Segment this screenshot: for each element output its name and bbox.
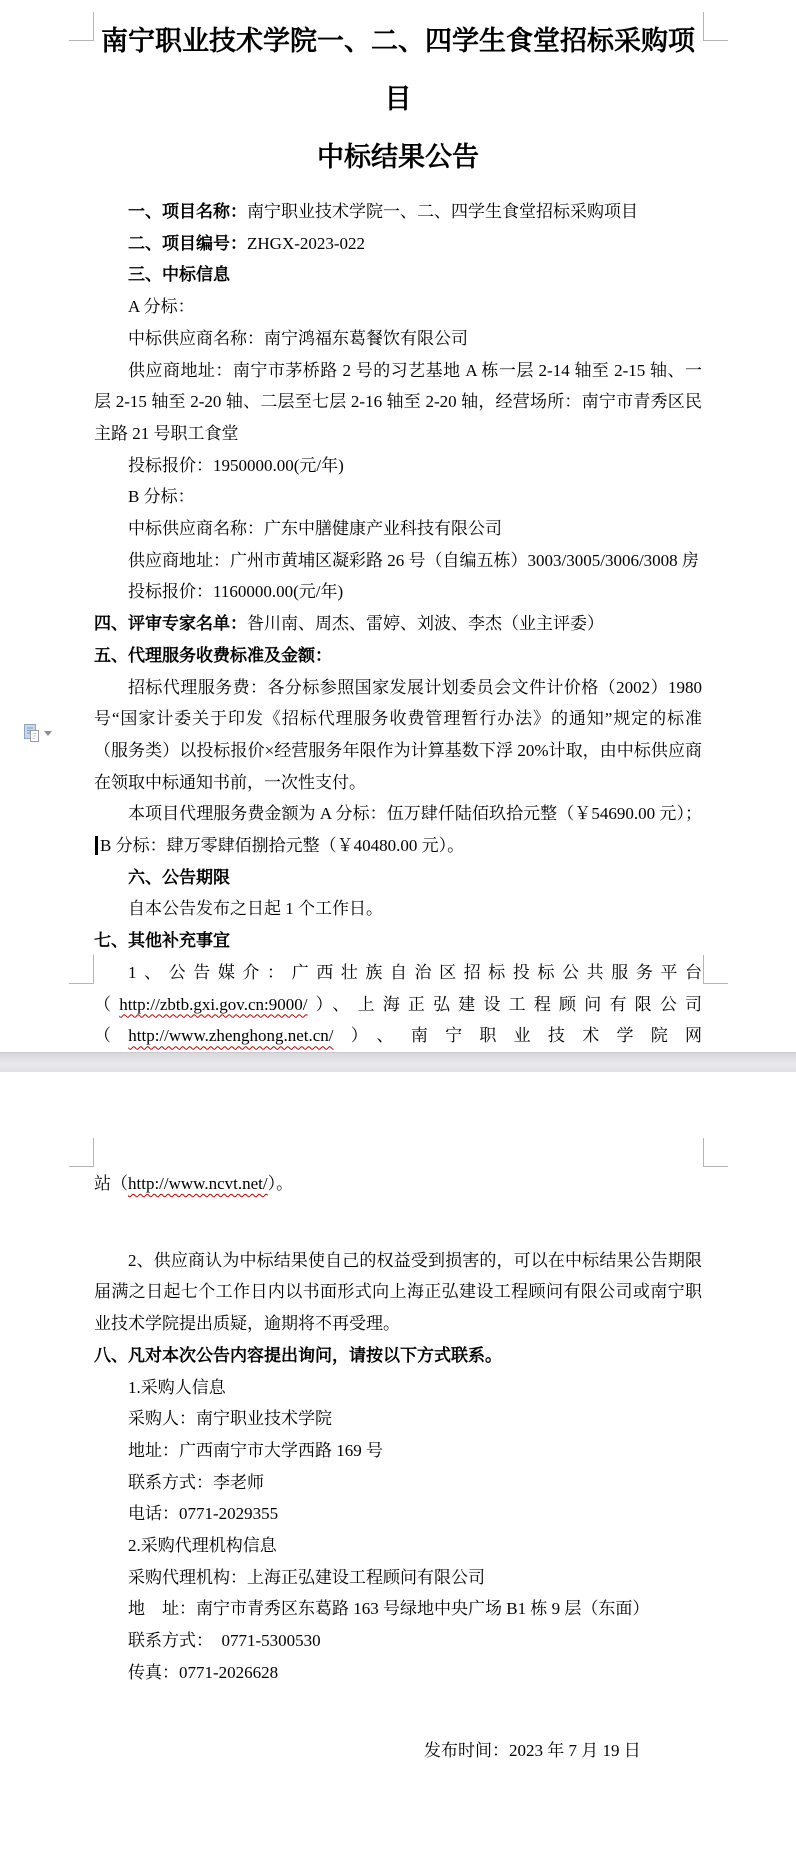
text-run: 2.采购代理机构信息 [128,1536,277,1555]
lot-a-supplier-address: 供应商地址：南宁市茅桥路 2 号的习艺基地 A 栋一层 2-14 轴至 2-15… [94,355,702,450]
lot-a-label: A 分标： [94,291,702,323]
purchaser-info-heading: 1.采购人信息 [94,1372,702,1404]
text-run: ）。 [268,1174,294,1193]
bold-text-run: 八、凡对本次公告内容提出询问，请按以下方式联系。 [94,1346,502,1365]
document-title-line-1: 南宁职业技术学院一、二、四学生食堂招标采购项目 [94,12,702,128]
clipboard-paste-icon[interactable] [24,724,39,742]
section-3-award-info-heading: 三、中标信息 [94,259,702,291]
bold-text-run: 中标结果公告 [317,142,479,172]
publish-date: 发布时间：2023 年 7 月 19 日 [94,1735,702,1767]
text-run: ）、南宁职业技术学院网 [334,1026,703,1045]
text-run: 地址：广西南宁市大学西路 169 号 [128,1441,383,1460]
text-run: 传真：0771-2026628 [128,1663,278,1682]
text-run: B 分标：肆万零肆佰捌拾元整（￥40480.00 元）。 [100,836,464,855]
text-run: 2、供应商认为中标结果使自己的权益受到损害的，可以在中标结果公告期限届满之日起七… [94,1251,702,1333]
text-run: 供应商地址：南宁市茅桥路 2 号的习艺基地 A 栋一层 2-14 轴至 2-15… [94,361,702,443]
page-break-gap [0,1052,796,1072]
document-page-2[interactable]: 站（http://www.ncvt.net/）。2、供应商认为中标结果使自己的权… [0,1072,796,1857]
bold-text-run: 七、其他补充事宜 [94,931,230,950]
bold-text-run: 一、项目名称： [128,202,247,221]
section-4-experts: 四、评审专家名单：昝川南、周杰、雷婷、刘波、李杰（业主评委） [94,608,702,640]
text-run: 昝川南、周杰、雷婷、刘波、李杰（业主评委） [247,614,604,633]
announcement-media-continued: 站（http://www.ncvt.net/）。 [94,1168,702,1200]
text-run: 本项目代理服务费金额为 A 分标：伍万肆仟陆佰玖拾元整（￥54690.00 元）… [128,804,702,823]
text-run: 发布时间：2023 年 7 月 19 日 [424,1741,641,1760]
lot-b-supplier-address: 供应商地址：广州市黄埔区凝彩路 26 号（自编五栋）3003/3005/3006… [94,545,702,577]
crop-mark-top-left [69,12,94,41]
text-run: ZHGX-2023-022 [247,234,365,253]
objection-notice: 2、供应商认为中标结果使自己的权益受到损害的，可以在中标结果公告期限届满之日起七… [94,1245,702,1340]
bold-text-run: 四、评审专家名单： [94,614,247,633]
section-2-project-number: 二、项目编号：ZHGX-2023-022 [94,228,702,260]
section-5-agency-fee-heading: 五、代理服务收费标准及金额： [94,640,702,672]
paste-options-widget[interactable] [24,724,52,742]
purchaser-name: 采购人：南宁职业技术学院 [94,1403,702,1435]
bold-text-run: 六、公告期限 [128,868,230,887]
document-page-1[interactable]: 南宁职业技术学院一、二、四学生食堂招标采购项目中标结果公告一、项目名称：南宁职业… [0,0,796,1052]
text-run: 南宁职业技术学院一、二、四学生食堂招标采购项目 [247,202,638,221]
purchaser-address: 地址：广西南宁市大学西路 169 号 [94,1435,702,1467]
text-cursor [95,836,98,855]
url-text-run: http://www.ncvt.net/ [128,1174,268,1193]
url-text-run: http://www.zhenghong.net.cn/ [128,1026,333,1045]
agency-contact: 联系方式： 0771-5300530 [94,1625,702,1657]
agency-info-heading: 2.采购代理机构信息 [94,1530,702,1562]
text-run: 联系方式： 0771-5300530 [128,1631,321,1650]
bold-text-run: 三、中标信息 [128,265,230,284]
lot-b-supplier-name: 中标供应商名称：广东中膳健康产业科技有限公司 [94,513,702,545]
purchaser-phone: 电话：0771-2029355 [94,1498,702,1530]
purchaser-contact: 联系方式：李老师 [94,1467,702,1499]
empty-paragraph [94,1200,702,1245]
section-6-notice-period-heading: 六、公告期限 [94,862,702,894]
text-run: 招标代理服务费：各分标参照国家发展计划委员会文件计价格（2002）1980 号“… [94,678,702,792]
crop-mark-bottom-left [69,955,94,984]
text-run: 采购人：南宁职业技术学院 [128,1409,332,1428]
text-run: 自本公告发布之日起 1 个工作日。 [128,899,383,918]
section-8-contact-heading: 八、凡对本次公告内容提出询问，请按以下方式联系。 [94,1340,702,1372]
section-1-project-name: 一、项目名称：南宁职业技术学院一、二、四学生食堂招标采购项目 [94,196,702,228]
agency-address: 地 址：南宁市青秀区东葛路 163 号绿地中央广场 B1 栋 9 层（东面） [94,1593,702,1625]
lot-a-supplier-name: 中标供应商名称：南宁鸿福东葛餐饮有限公司 [94,323,702,355]
text-run: 投标报价：1950000.00(元/年) [128,456,344,475]
crop-mark-bottom-right [703,955,728,984]
agency-fee-standard: 招标代理服务费：各分标参照国家发展计划委员会文件计价格（2002）1980 号“… [94,672,702,799]
document-title-line-2: 中标结果公告 [94,128,702,186]
text-run: 地 址：南宁市青秀区东葛路 163 号绿地中央广场 B1 栋 9 层（东面） [128,1599,649,1618]
bold-text-run: 南宁职业技术学院一、二、四学生食堂招标采购项目 [101,26,695,114]
url-text-run: http://zbtb.gxi.gov.cn:9000/ [119,995,307,1014]
crop-mark-top-right [703,12,728,41]
text-run: 站（ [94,1174,128,1193]
bold-text-run: 二、项目编号： [128,234,247,253]
notice-period-text: 自本公告发布之日起 1 个工作日。 [94,893,702,925]
text-run: 采购代理机构：上海正弘建设工程顾问有限公司 [128,1568,485,1587]
lot-b-label: B 分标： [94,481,702,513]
lot-b-bid-price: 投标报价：1160000.00(元/年) [94,576,702,608]
text-run: B 分标： [128,487,195,506]
announcement-media: 1、公告媒介：广西壮族自治区招标投标公共服务平台（http://zbtb.gxi… [94,957,702,1052]
section-7-supplementary-heading: 七、其他补充事宜 [94,925,702,957]
crop-mark-top-left [69,1138,94,1167]
bold-text-run: 五、代理服务收费标准及金额： [94,646,332,665]
document-view: { "app": { "view": "word-document" }, "c… [0,0,796,1857]
lot-a-bid-price: 投标报价：1950000.00(元/年) [94,450,702,482]
text-run: 联系方式：李老师 [128,1473,264,1492]
text-run: 投标报价：1160000.00(元/年) [128,582,343,601]
crop-mark-top-right [703,1138,728,1167]
text-run: 1.采购人信息 [128,1378,226,1397]
chevron-down-icon[interactable] [44,731,52,736]
text-run: 中标供应商名称：南宁鸿福东葛餐饮有限公司 [128,329,468,348]
agency-fee-amount: 本项目代理服务费金额为 A 分标：伍万肆仟陆佰玖拾元整（￥54690.00 元）… [94,798,702,861]
agency-fax: 传真：0771-2026628 [94,1657,702,1689]
text-run: A 分标： [128,297,195,316]
agency-name: 采购代理机构：上海正弘建设工程顾问有限公司 [94,1562,702,1594]
text-run: 中标供应商名称：广东中膳健康产业科技有限公司 [128,519,502,538]
text-run: 供应商地址：广州市黄埔区凝彩路 26 号（自编五栋）3003/3005/3006… [128,551,699,570]
text-run: 电话：0771-2029355 [128,1504,278,1523]
